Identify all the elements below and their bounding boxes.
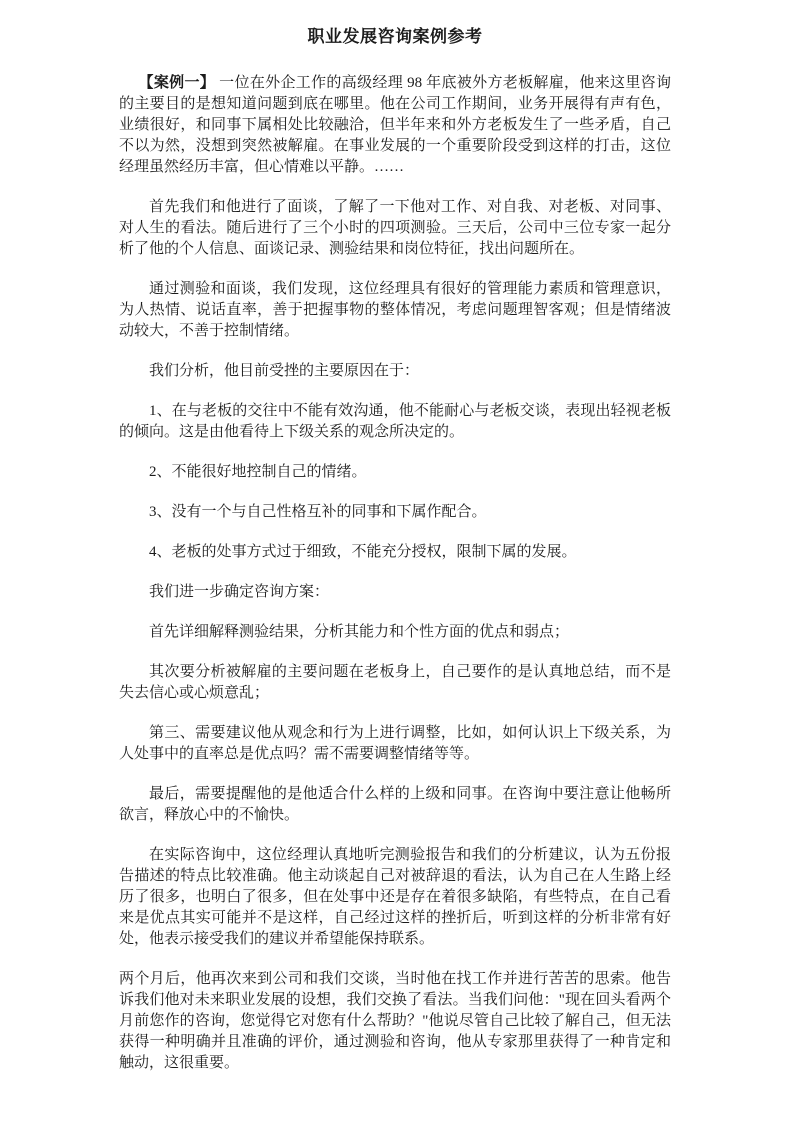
paragraph-plan-step-3: 第三、需要建议他从观念和行为上进行调整，比如，如何认识上下级关系，为人处事中的直… [119,723,671,765]
paragraph-reason-4: 4、老板的处事方式过于细致，不能充分授权，限制下属的发展。 [119,542,671,563]
paragraph-reason-3: 3、没有一个与自己性格互补的同事和下属作配合。 [119,502,671,523]
paragraph-plan-intro: 我们进一步确定咨询方案： [119,582,671,603]
document-page: 职业发展咨询案例参考 【案例一】 一位在外企工作的高级经理 98 年底被外方老板… [0,0,793,1122]
paragraph-plan-step-1: 首先详细解释测验结果，分析其能力和个性方面的优点和弱点； [119,622,671,643]
paragraph-plan-step-4: 最后，需要提醒他的是他适合什么样的上级和同事。在咨询中要注意让他畅所欲言，释放心… [119,784,671,826]
paragraph-reason-1: 1、在与老板的交往中不能有效沟通，他不能耐心与老板交谈，表现出轻视老板的倾向。这… [119,401,671,443]
paragraph-analysis-intro: 我们分析，他目前受挫的主要原因在于： [119,361,671,382]
paragraph-consult-result: 在实际咨询中，这位经理认真地听完测验报告和我们的分析建议，认为五份报告描述的特点… [119,845,671,950]
paragraph-case-intro: 【案例一】 一位在外企工作的高级经理 98 年底被外方老板解雇，他来这里咨询的主… [119,73,671,178]
paragraph-followup: 两个月后，他再次来到公司和我们交谈，当时他在找工作并进行苦苦的思索。他告诉我们他… [119,969,671,1074]
paragraph-reason-2: 2、不能很好地控制自己的情绪。 [119,462,671,483]
paragraph-plan-step-2: 其次要分析被解雇的主要问题在老板身上，自己要作的是认真地总结，而不是失去信心或心… [119,662,671,704]
paragraph-interview-process: 首先我们和他进行了面谈，了解了一下他对工作、对自我、对老板、对同事、对人生的看法… [119,197,671,260]
document-title: 职业发展咨询案例参考 [119,26,671,47]
case-label: 【案例一】 [139,75,216,91]
paragraph-test-findings: 通过测验和面谈，我们发现，这位经理具有很好的管理能力素质和管理意识，为人热情、说… [119,279,671,342]
